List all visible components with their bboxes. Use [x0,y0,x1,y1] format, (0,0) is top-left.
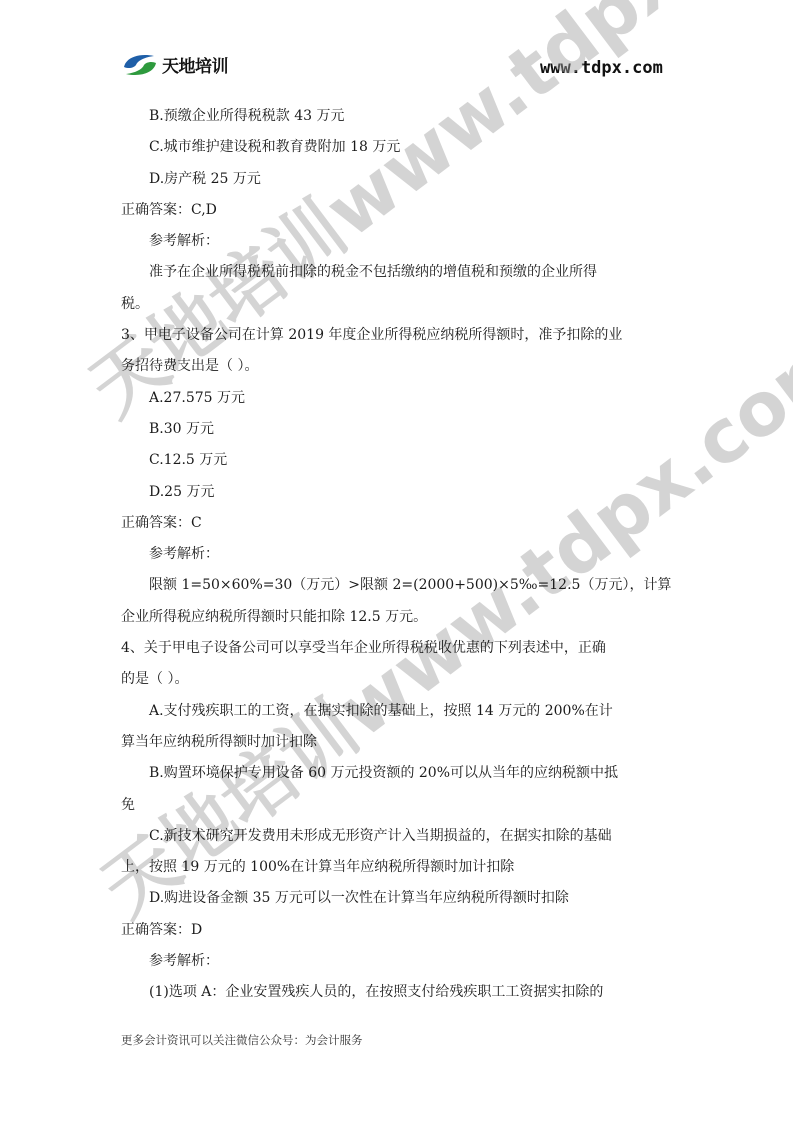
question-4: 的是（ ）。 [121,664,676,695]
analysis-label: 参考解析： [121,226,676,257]
correct-answer: 正确答案：C [121,508,676,539]
option-b: 免 [121,790,676,821]
site-url: www.tdpx.com [540,58,663,78]
option-b: B.预缴企业所得税税款 43 万元 [121,101,676,132]
option-a: A.27.575 万元 [121,383,676,414]
correct-answer: 正确答案：D [121,915,676,946]
page-footer: 更多会计资讯可以关注微信公众号：为会计服务 [121,1032,363,1048]
option-c: C.城市维护建设税和教育费附加 18 万元 [121,132,676,163]
option-d: D.购进设备金额 35 万元可以一次性在计算当年应纳税所得额时扣除 [121,883,676,914]
option-a: 算当年应纳税所得额时加计扣除 [121,727,676,758]
analysis-text: 准予在企业所得税税前扣除的税金不包括缴纳的增值税和预缴的企业所得 [121,257,676,288]
option-b: B.购置环境保护专用设备 60 万元投资额的 20%可以从当年的应纳税额中抵 [121,758,676,789]
analysis-text: 税。 [121,289,676,320]
question-3: 3、甲电子设备公司在计算 2019 年度企业所得税应纳税所得额时，准予扣除的业 [121,320,676,351]
brand-logo: 天地培训 [122,52,228,77]
logo-swirl-icon [122,53,158,77]
option-c: 上，按照 19 万元的 100%在计算当年应纳税所得额时加计扣除 [121,852,676,883]
option-a: A.支付残疾职工的工资，在据实扣除的基础上，按照 14 万元的 200%在计 [121,696,676,727]
analysis-text: 限额 1=50×60%=30（万元）>限额 2=(2000+500)×5‰=12… [121,570,676,601]
question-4: 4、关于甲电子设备公司可以享受当年企业所得税税收优惠的下列表述中，正确 [121,633,676,664]
document-body: B.预缴企业所得税税款 43 万元 C.城市维护建设税和教育费附加 18 万元 … [121,101,676,1009]
option-c: C.12.5 万元 [121,445,676,476]
option-b: B.30 万元 [121,414,676,445]
question-3: 务招待费支出是（ ）。 [121,351,676,382]
analysis-label: 参考解析： [121,539,676,570]
page-header: 天地培训 www.tdpx.com [0,0,793,100]
option-d: D.房产税 25 万元 [121,164,676,195]
logo-text: 天地培训 [162,52,228,77]
analysis-text: 企业所得税应纳税所得额时只能扣除 12.5 万元。 [121,602,676,633]
option-c: C.新技术研究开发费用未形成无形资产计入当期损益的，在据实扣除的基础 [121,821,676,852]
analysis-label: 参考解析： [121,946,676,977]
correct-answer: 正确答案：C,D [121,195,676,226]
option-d: D.25 万元 [121,477,676,508]
analysis-text: (1)选项 A：企业安置残疾人员的，在按照支付给残疾职工工资据实扣除的 [121,977,676,1008]
